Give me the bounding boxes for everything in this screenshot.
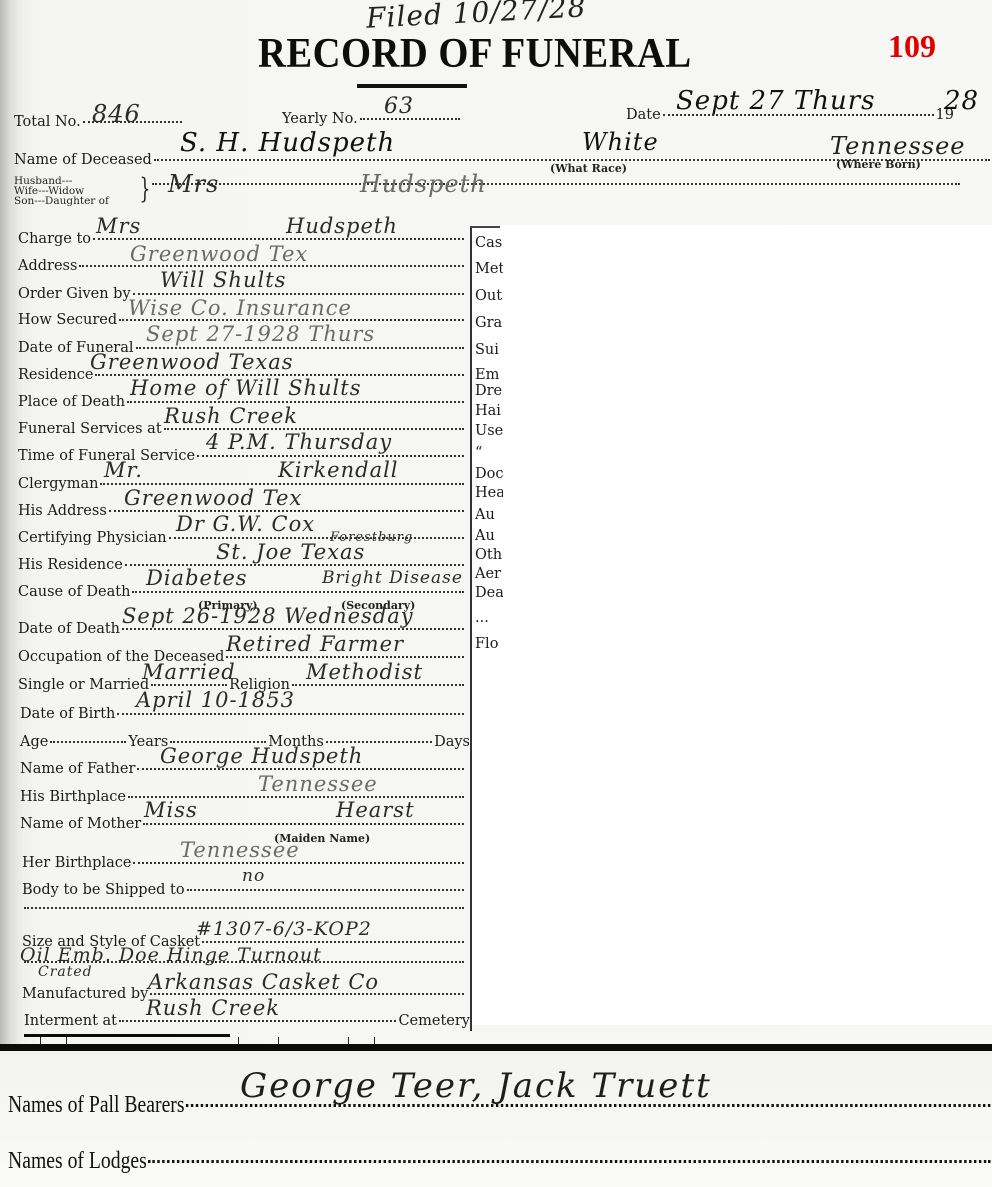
right-col-item: Sui xyxy=(475,342,503,358)
dotted-line xyxy=(197,455,464,457)
relation-value-1[interactable]: Mrs xyxy=(168,170,219,198)
date-value[interactable]: Sept 27 Thurs xyxy=(676,86,876,116)
field-value-manufacturer[interactable]: Arkansas Casket Co xyxy=(148,970,379,994)
field-value-mother-2[interactable]: Hearst xyxy=(336,798,415,822)
field-value-mother-1[interactable]: Miss xyxy=(144,798,198,822)
field-value-how-secured[interactable]: Wise Co. Insurance xyxy=(128,296,352,320)
interment-underline xyxy=(24,1034,230,1037)
right-col-item: Flo xyxy=(475,636,503,652)
field-value-father[interactable]: George Hudspeth xyxy=(160,744,363,768)
relation-label-son: Son---Daughter of xyxy=(14,196,109,206)
dotted-line xyxy=(137,768,464,770)
field-value-cause-secondary[interactable]: Bright Disease xyxy=(322,568,463,588)
deceased-name-value[interactable]: S. H. Hudspeth xyxy=(180,128,395,158)
dotted-line xyxy=(122,628,464,630)
field-label: Body to be Shipped to xyxy=(22,882,185,898)
field-value-interment[interactable]: Rush Creek xyxy=(146,996,280,1020)
field-label: Name of Mother xyxy=(20,816,141,832)
right-col-item: Use xyxy=(475,423,503,439)
field-value-shipped-to[interactable]: no xyxy=(242,866,265,886)
field-label: How Secured xyxy=(18,312,117,328)
dotted-line xyxy=(170,741,266,743)
field-value-mother-birthplace[interactable]: Tennessee xyxy=(180,838,300,862)
brace-icon: } xyxy=(140,172,151,205)
dotted-line xyxy=(132,591,464,593)
right-col-item: ... xyxy=(475,610,503,626)
dotted-line xyxy=(136,347,464,349)
field-value-date-of-funeral[interactable]: Sept 27-1928 Thurs xyxy=(146,322,375,346)
right-col-item: Cas xyxy=(475,235,503,251)
field-label: Single or Married xyxy=(18,677,149,693)
pall-bearers-value[interactable]: George Teer, Jack Truett xyxy=(240,1066,712,1106)
right-col-item: Dea xyxy=(475,585,503,601)
field-value-time-of-funeral-service[interactable]: 4 P.M. Thursday xyxy=(206,430,392,454)
total-no-label: Total No. xyxy=(14,114,81,130)
right-col-item: Gra xyxy=(475,315,503,331)
field-value-place-of-death[interactable]: Home of Will Shults xyxy=(130,376,361,400)
lodges-label: Names of Lodges xyxy=(8,1148,147,1175)
right-column-top-rule xyxy=(470,226,500,228)
right-col-item: “ xyxy=(475,445,503,461)
page-number: 109 xyxy=(888,28,936,65)
race-value[interactable]: White xyxy=(582,128,659,156)
relation-field xyxy=(150,186,962,188)
age-days-label: Days xyxy=(434,734,470,750)
dotted-line xyxy=(151,684,227,686)
field-value-occupation[interactable]: Retired Farmer xyxy=(226,632,404,656)
field-label: Cause of Death xyxy=(18,584,130,600)
field-label: Date of Death xyxy=(18,621,120,637)
field-value-date-of-birth[interactable]: April 10-1853 xyxy=(136,688,295,712)
relation-value-2[interactable]: Hudspeth xyxy=(360,170,487,198)
right-col-item: Au xyxy=(475,507,503,523)
dotted-line xyxy=(119,1020,396,1022)
dotted-line xyxy=(133,862,464,864)
field-label: Manufactured by xyxy=(22,986,148,1002)
dotted-line xyxy=(24,907,464,909)
relation-label-group: Husband--- Wife---Widow Son---Daughter o… xyxy=(14,176,109,206)
field-value-order-given-by[interactable]: Will Shults xyxy=(160,268,286,292)
right-col-item: Oth xyxy=(475,547,503,563)
right-col-item: Doc xyxy=(475,466,503,482)
field-label: Funeral Services at xyxy=(18,421,162,437)
field-value-his-residence[interactable]: St. Joe Texas xyxy=(216,540,365,564)
dotted-line xyxy=(187,889,464,891)
pall-bearers-label: Names of Pall Bearers xyxy=(8,1092,185,1119)
section-divider-rule xyxy=(0,1044,992,1051)
field-label: Date of Birth xyxy=(20,706,115,722)
dotted-line xyxy=(93,238,464,240)
title-underline xyxy=(357,84,467,88)
total-no-value[interactable]: 846 xyxy=(92,100,141,128)
field-label: Interment at xyxy=(24,1013,117,1029)
field-label: His Birthplace xyxy=(20,789,126,805)
right-col-item: Hai xyxy=(475,403,503,419)
field-label: His Address xyxy=(18,503,107,519)
field-label: Clergyman xyxy=(18,476,98,492)
column-divider xyxy=(470,226,472,1031)
right-col-item: Em xyxy=(475,367,503,383)
field-value2-clergyman[interactable]: Kirkendall xyxy=(278,458,399,482)
right-col-item: Dre xyxy=(475,383,503,399)
right-col-item: Aer xyxy=(475,566,503,582)
dotted-line xyxy=(292,684,464,686)
field-value-casket-note[interactable]: Crated xyxy=(38,964,93,980)
field-lodges: Names of Lodges xyxy=(8,1148,992,1175)
field-value-religion[interactable]: Methodist xyxy=(306,660,423,684)
dotted-line xyxy=(127,401,464,403)
dotted-line xyxy=(152,183,960,185)
right-col-item: Out xyxy=(475,288,503,304)
field-value2-charge-to[interactable]: Hudspeth xyxy=(286,214,398,238)
dotted-line xyxy=(169,537,464,539)
race-caption: (What Race) xyxy=(550,162,627,175)
field-label: Place of Death xyxy=(18,394,125,410)
field-label: Her Birthplace xyxy=(22,855,131,871)
dotted-line xyxy=(148,1160,990,1163)
dotted-line xyxy=(133,293,464,295)
cemetery-suffix: Cemetery xyxy=(398,1013,470,1029)
birthplace-value[interactable]: Tennessee xyxy=(830,132,966,160)
field-value-address[interactable]: Greenwood Tex xyxy=(130,242,308,266)
date-year-value[interactable]: 28 xyxy=(944,86,979,116)
field-label: Order Given by xyxy=(18,286,131,302)
right-col-item: Met xyxy=(475,261,503,277)
field-value-charge-to[interactable]: Mrs xyxy=(96,214,141,238)
blank-line xyxy=(22,910,466,912)
date-label: Date xyxy=(626,107,661,123)
right-col-item: Au xyxy=(475,528,503,544)
cropped-right-panel xyxy=(472,225,992,1025)
field-value-cause-primary[interactable]: Diabetes xyxy=(146,566,248,590)
yearly-no-value[interactable]: 63 xyxy=(384,94,414,119)
dotted-line xyxy=(226,656,464,658)
dotted-line xyxy=(143,823,464,825)
field-value-residence[interactable]: Greenwood Texas xyxy=(90,350,294,374)
dotted-line xyxy=(326,741,432,743)
dotted-line xyxy=(50,741,126,743)
deceased-name-label: Name of Deceased xyxy=(14,152,152,168)
dotted-line xyxy=(117,713,464,715)
field-label: Certifying Physician xyxy=(18,530,167,546)
yearly-no-label: Yearly No. xyxy=(282,111,358,127)
field-value-father-birthplace[interactable]: Tennessee xyxy=(258,772,378,796)
field-value-funeral-services-at[interactable]: Rush Creek xyxy=(164,404,298,428)
field-value-his-address[interactable]: Greenwood Tex xyxy=(124,486,302,510)
right-col-item: Hea xyxy=(475,485,503,501)
field-label: Name of Father xyxy=(20,761,135,777)
page-title: RECORD OF FUNERAL xyxy=(258,30,692,78)
born-caption: (Where Born) xyxy=(836,158,921,171)
field-label: Age xyxy=(20,734,48,750)
field-value-date-of-death[interactable]: Sept 26-1928 Wednesday xyxy=(122,604,414,628)
field-label: Charge to xyxy=(18,231,91,247)
field-label: His Residence xyxy=(18,557,123,573)
field-value-certifying-physician[interactable]: Dr G.W. Cox xyxy=(176,512,315,536)
dotted-line xyxy=(202,941,464,943)
field-value-clergyman[interactable]: Mr. xyxy=(104,458,143,482)
field-label: Address xyxy=(18,258,77,274)
field-label: Residence xyxy=(18,367,93,383)
dotted-line xyxy=(100,483,464,485)
yearly-no-field: Yearly No. xyxy=(282,111,462,127)
field-value-casket[interactable]: #1307-6/3-KOP2 xyxy=(196,918,372,940)
field-value-casket-extra[interactable]: Oil Emb. Doe Hinge Turnout xyxy=(20,944,322,966)
field-value-marital[interactable]: Married xyxy=(142,660,236,684)
